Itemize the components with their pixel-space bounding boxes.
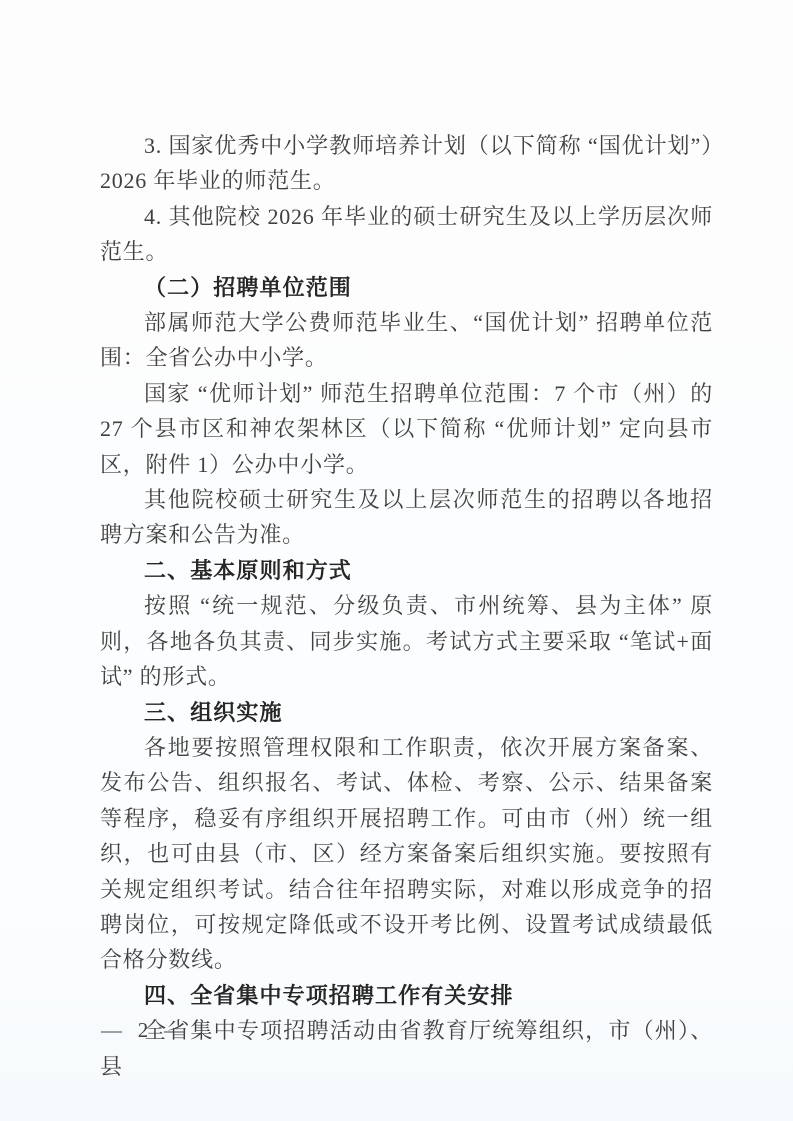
- document-body: 3. 国家优秀中小学教师培养计划（以下简称 “国优计划”）2026 年毕业的师范…: [100, 128, 713, 1084]
- page-number: — 2 —: [101, 1018, 190, 1043]
- section-heading-implementation: 三、组织实施: [100, 695, 713, 730]
- paragraph-scope-1: 部属师范大学公费师范毕业生、“国优计划” 招聘单位范围：全省公办中小学。: [100, 305, 713, 376]
- section-heading-arrangements: 四、全省集中专项招聘工作有关安排: [100, 978, 713, 1013]
- section-heading-2: （二）招聘单位范围: [100, 270, 713, 305]
- paragraph-arrangements: 全省集中专项招聘活动由省教育厅统筹组织，市（州）、县: [100, 1013, 713, 1084]
- document-page: 3. 国家优秀中小学教师培养计划（以下简称 “国优计划”）2026 年毕业的师范…: [0, 0, 793, 1121]
- paragraph-item-4: 4. 其他院校 2026 年毕业的硕士研究生及以上学历层次师范生。: [100, 199, 713, 270]
- paragraph-item-3: 3. 国家优秀中小学教师培养计划（以下简称 “国优计划”）2026 年毕业的师范…: [100, 128, 713, 199]
- paragraph-implementation: 各地要按照管理权限和工作职责，依次开展方案备案、发布公告、组织报名、考试、体检、…: [100, 730, 713, 978]
- paragraph-principles: 按照 “统一规范、分级负责、市州统筹、县为主体” 原则，各地各负其责、同步实施。…: [100, 588, 713, 694]
- paragraph-scope-2: 国家 “优师计划” 师范生招聘单位范围：7 个市（州）的 27 个县市区和神农架…: [100, 376, 713, 482]
- paragraph-scope-3: 其他院校硕士研究生及以上层次师范生的招聘以各地招聘方案和公告为准。: [100, 482, 713, 553]
- section-heading-principles: 二、基本原则和方式: [100, 553, 713, 588]
